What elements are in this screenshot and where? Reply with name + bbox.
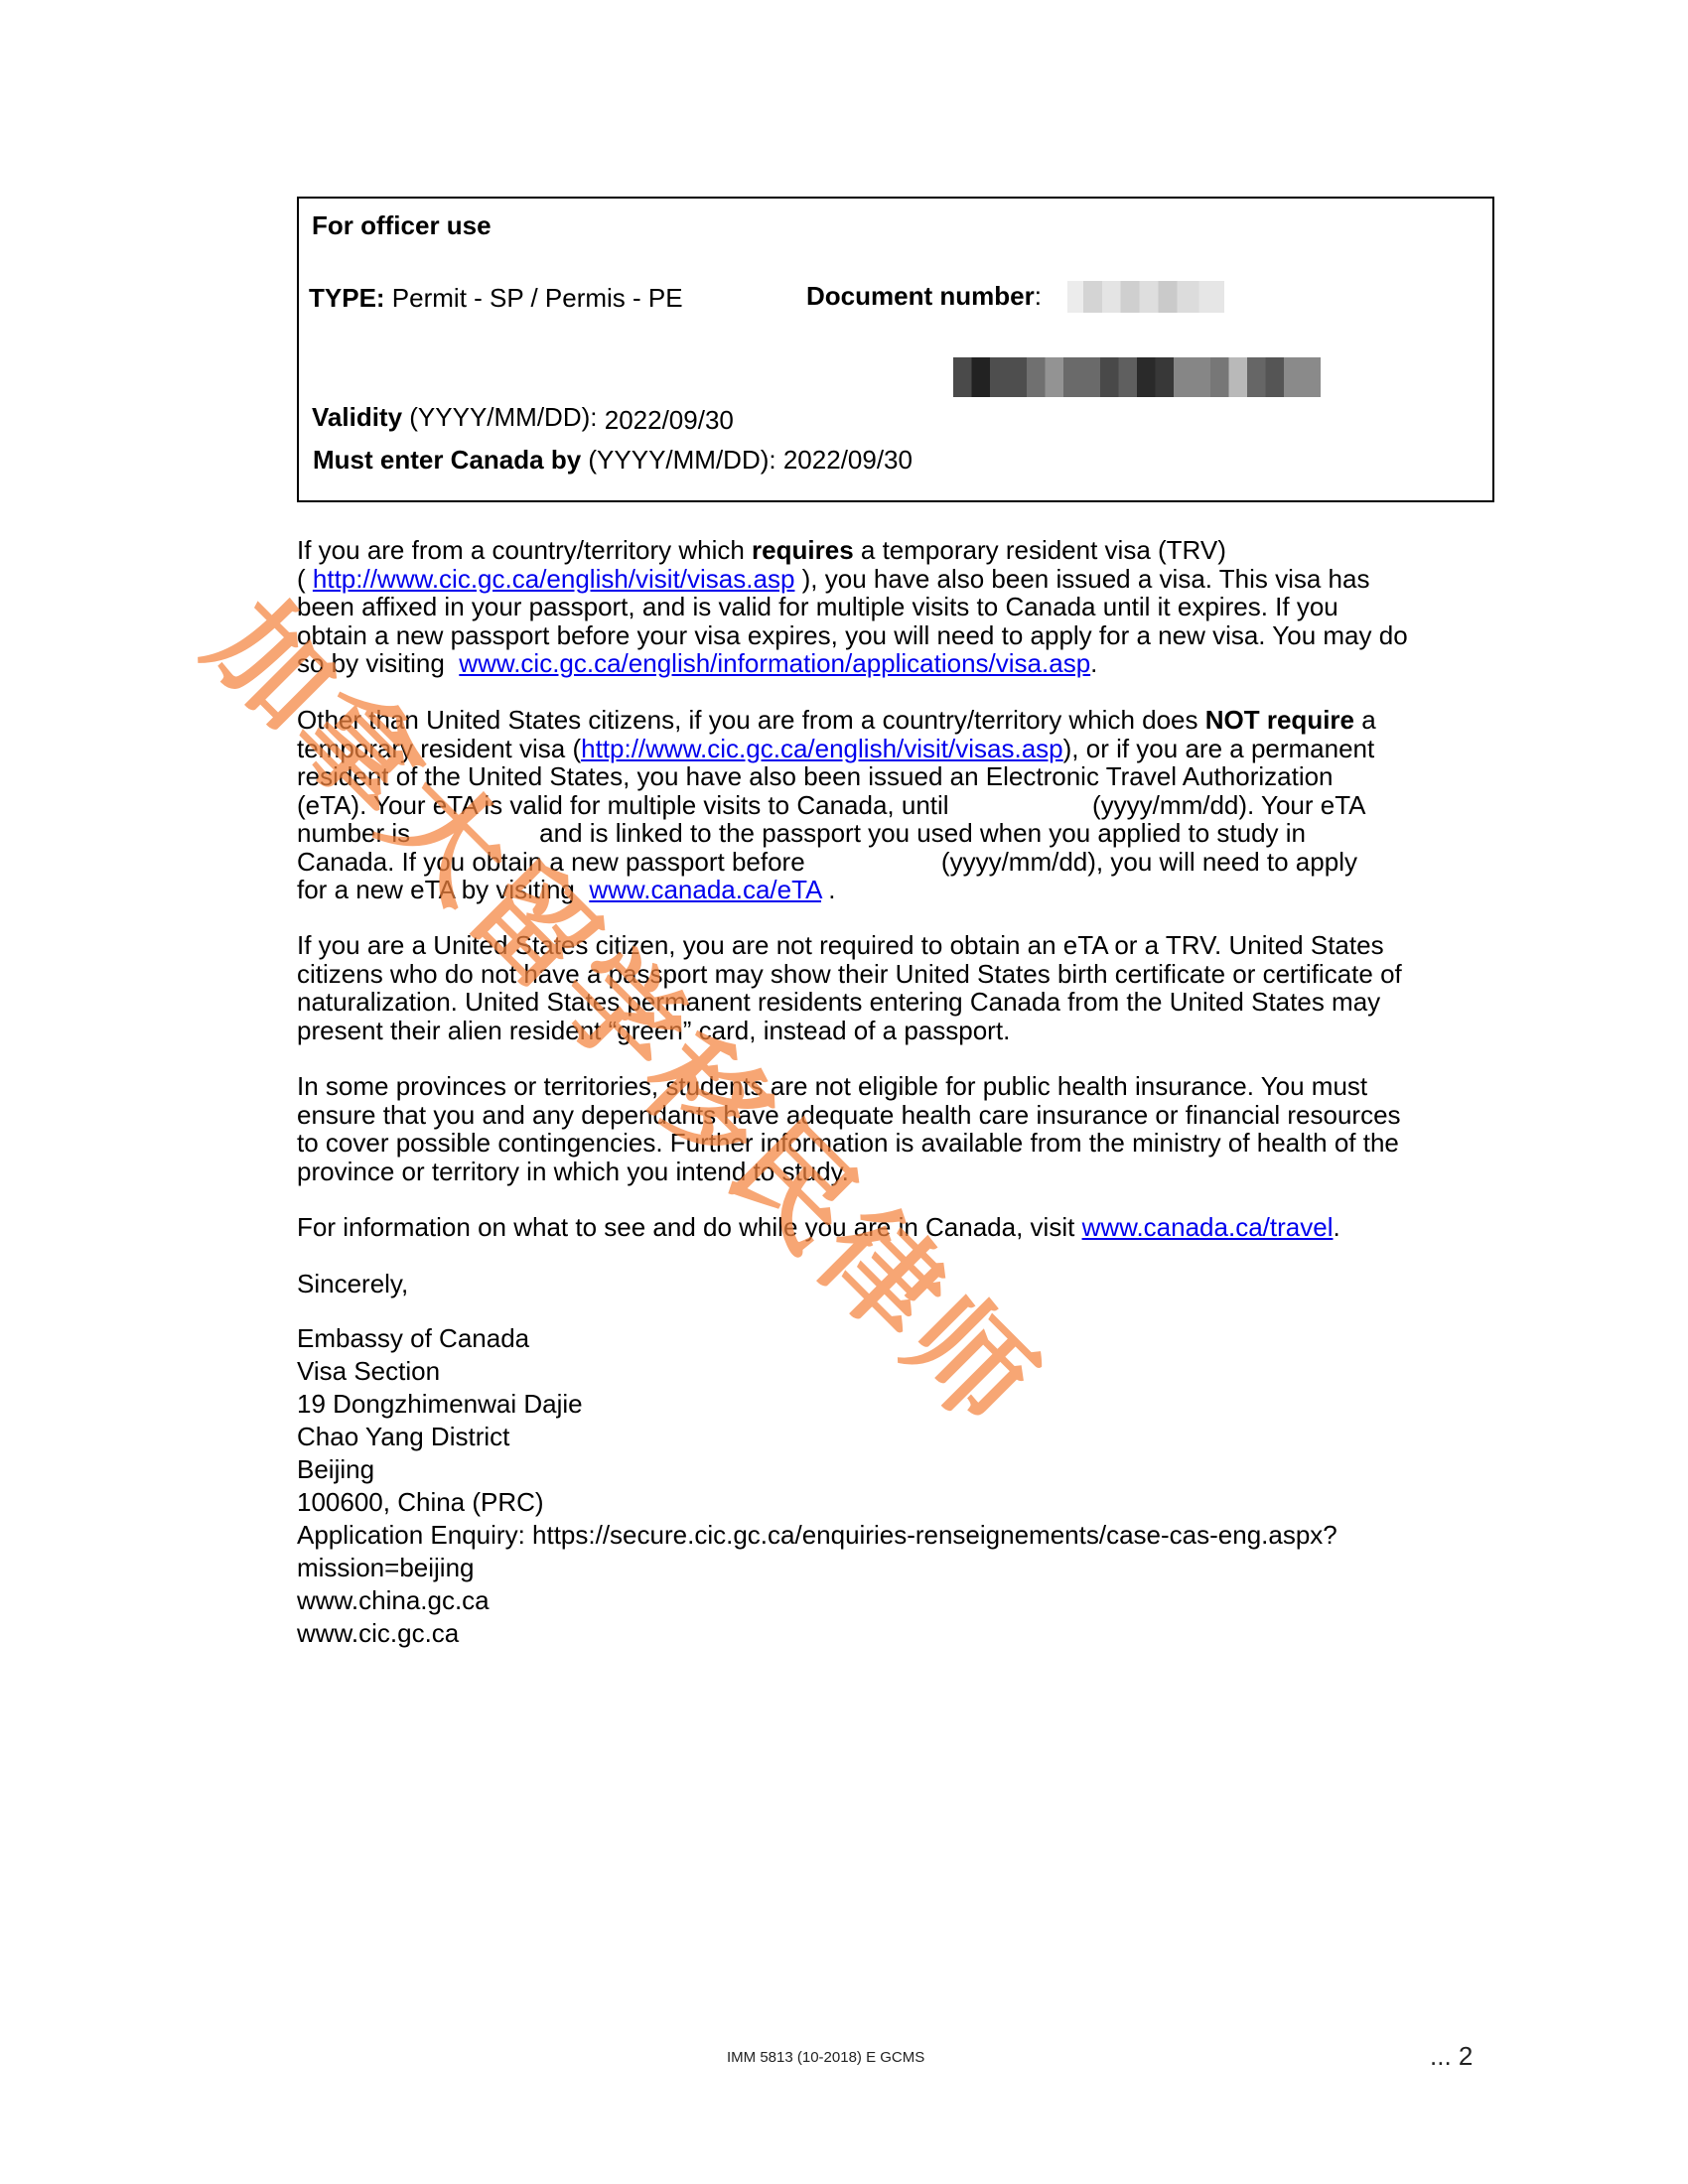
address-line: Chao Yang District <box>297 1421 1337 1453</box>
text: a <box>1354 705 1376 735</box>
text-line: (eTA). Your eTA is valid for multiple vi… <box>297 791 1376 820</box>
text-line: present their alien resident “green” car… <box>297 1017 1402 1045</box>
form-code: IMM 5813 (10-2018) E GCMS <box>727 2049 924 2066</box>
text-line: province or territory in which you inten… <box>297 1158 1401 1186</box>
officer-box-heading: For officer use <box>312 210 492 240</box>
address-line: 100600, China (PRC) <box>297 1486 1337 1519</box>
type-label: TYPE: <box>309 283 385 313</box>
address-line: Embassy of Canada <box>297 1322 1337 1355</box>
paragraph-health-insurance: In some provinces or territories, studen… <box>297 1072 1401 1185</box>
text-line: ensure that you and any dependants have … <box>297 1101 1401 1130</box>
type-value: Permit - SP / Permis - PE <box>385 283 683 313</box>
paragraph-travel: For information on what to see and do wh… <box>297 1213 1340 1242</box>
text-line: In some provinces or territories, studen… <box>297 1072 1401 1101</box>
must-enter-format: (YYYY/MM/DD): <box>581 445 775 475</box>
text-line: Canada. If you obtain a new passport bef… <box>297 848 1376 877</box>
paragraph-eta: Other than United States citizens, if yo… <box>297 706 1376 904</box>
text-line: number is and is linked to the passport … <box>297 819 1376 848</box>
text: Other than United States citizens, if yo… <box>297 705 1205 735</box>
document-number-field: Document number: <box>806 281 1049 311</box>
text: temporary resident visa ( <box>297 734 581 763</box>
eta-link[interactable]: www.canada.ca/eTA <box>589 875 821 904</box>
visas-link-2[interactable]: http://www.cic.gc.ca/english/visit/visas… <box>581 734 1063 763</box>
text: If you are from a country/territory whic… <box>297 535 752 565</box>
text: a temporary resident visa (TRV) <box>854 535 1226 565</box>
text: . <box>1090 648 1097 678</box>
type-field: TYPE: Permit - SP / Permis - PE <box>309 283 683 313</box>
emphasis-not-require: NOT require <box>1205 705 1354 735</box>
redacted-code-block <box>953 357 1321 397</box>
paragraph-trv: If you are from a country/territory whic… <box>297 536 1408 678</box>
text-line: naturalization. United States permanent … <box>297 988 1402 1017</box>
text: For information on what to see and do wh… <box>297 1212 1082 1242</box>
text-line: If you are a United States citizen, you … <box>297 931 1402 960</box>
validity-field: Validity (YYYY/MM/DD): 2022/09/30 <box>312 402 734 432</box>
application-enquiry-line: Application Enquiry: https://secure.cic.… <box>297 1519 1337 1552</box>
travel-link[interactable]: www.canada.ca/travel <box>1082 1212 1334 1242</box>
text-line: been affixed in your passport, and is va… <box>297 593 1408 621</box>
must-enter-label: Must enter Canada by <box>313 445 581 475</box>
address-line: 19 Dongzhimenwai Dajie <box>297 1388 1337 1421</box>
closing: Sincerely, <box>297 1270 408 1298</box>
visa-application-link[interactable]: www.cic.gc.ca/english/information/applic… <box>459 648 1090 678</box>
signature-block: Embassy of Canada Visa Section 19 Dongzh… <box>297 1322 1337 1650</box>
text: for a new eTA by visiting <box>297 875 589 904</box>
emphasis-requires: requires <box>752 535 854 565</box>
validity-format: (YYYY/MM/DD): <box>402 402 597 432</box>
text-line: obtain a new passport before your visa e… <box>297 621 1408 650</box>
text: ( <box>297 564 313 594</box>
text: . <box>821 875 835 904</box>
validity-label: Validity <box>312 402 402 432</box>
website-line: www.china.gc.ca <box>297 1584 1337 1617</box>
website-line: www.cic.gc.ca <box>297 1617 1337 1650</box>
must-enter-field: Must enter Canada by (YYYY/MM/DD): 2022/… <box>313 445 913 475</box>
text: ), you have also been issued a visa. Thi… <box>794 564 1369 594</box>
closing-text: Sincerely, <box>297 1270 408 1298</box>
paragraph-us-citizens: If you are a United States citizen, you … <box>297 931 1402 1044</box>
text: . <box>1333 1212 1339 1242</box>
document-number-colon: : <box>1035 281 1049 311</box>
text-line: citizens who do not have a passport may … <box>297 960 1402 989</box>
must-enter-value: 2022/09/30 <box>776 445 913 475</box>
application-enquiry-line: mission=beijing <box>297 1552 1337 1584</box>
visas-link[interactable]: http://www.cic.gc.ca/english/visit/visas… <box>313 564 795 594</box>
text-line: resident of the United States, you have … <box>297 762 1376 791</box>
document-number-label: Document number <box>806 281 1035 311</box>
page-marker: ... 2 <box>1430 2041 1473 2072</box>
validity-value: 2022/09/30 <box>605 405 734 435</box>
text-line: to cover possible contingencies. Further… <box>297 1129 1401 1158</box>
text: ), or if you are a permanent <box>1063 734 1375 763</box>
address-line: Beijing <box>297 1453 1337 1486</box>
text: so by visiting <box>297 648 459 678</box>
document-number-redacted <box>1067 281 1224 313</box>
address-line: Visa Section <box>297 1355 1337 1388</box>
